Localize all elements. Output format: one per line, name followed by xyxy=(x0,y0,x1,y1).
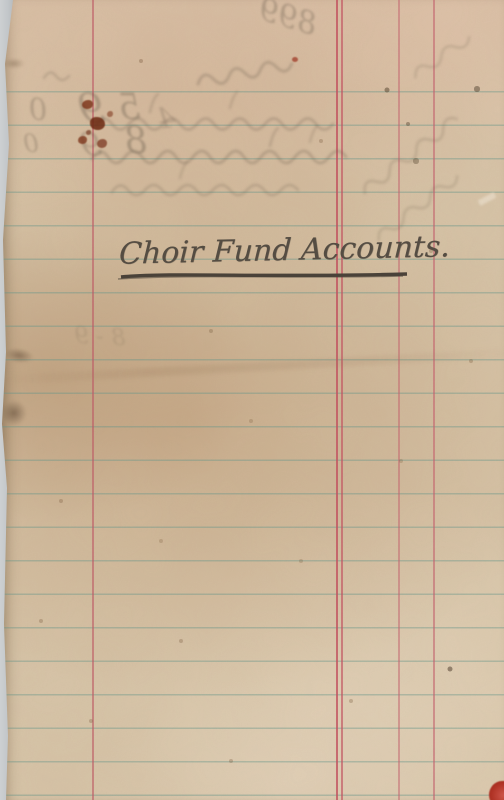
rust-ink-blot xyxy=(107,111,113,117)
scanned-ledger-page: 899 0 9 5 4 0 9 8 8 - 9 Choir Fund Accou… xyxy=(0,0,504,800)
paper-specks xyxy=(0,0,2,2)
paper-sheet: 899 0 9 5 4 0 9 8 8 - 9 Choir Fund Accou… xyxy=(0,0,504,800)
rust-ink-blot xyxy=(82,100,93,109)
bleedthrough-illegible-script xyxy=(0,0,504,800)
rust-ink-blot xyxy=(86,130,91,135)
title-underline xyxy=(115,268,415,282)
red-ink-dot xyxy=(292,57,298,62)
edge-crease-smudge xyxy=(1,400,27,426)
edge-crease-smudge xyxy=(3,58,25,69)
rust-ink-blot xyxy=(90,117,105,130)
rust-ink-blot xyxy=(78,136,87,144)
rust-ink-blot xyxy=(97,139,107,148)
